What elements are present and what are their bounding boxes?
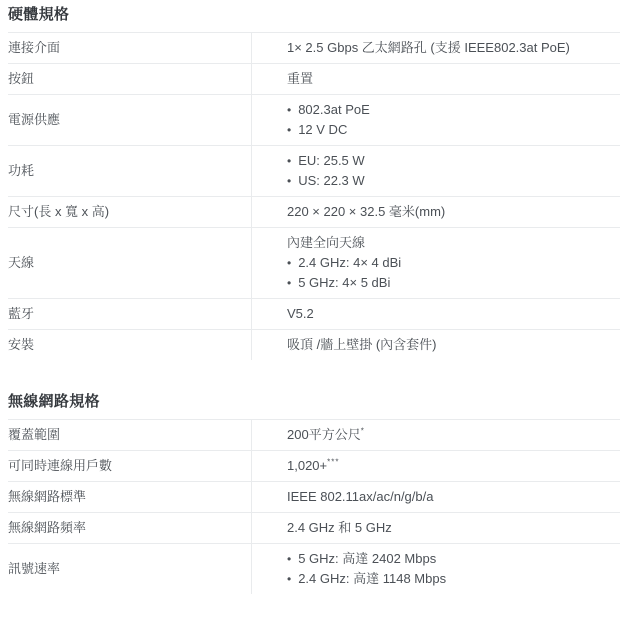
spec-value-line: 200平方公尺*: [287, 425, 612, 445]
spec-value-line: 1× 2.5 Gbps 乙太網路孔 (支援 IEEE802.3at PoE): [287, 38, 612, 58]
spec-value: V5.2: [252, 299, 620, 329]
spec-table: 連接介面1× 2.5 Gbps 乙太網路孔 (支援 IEEE802.3at Po…: [8, 32, 620, 360]
spec-value-text: 內建全向天線: [287, 235, 365, 250]
bullet-icon: •: [287, 171, 291, 191]
spec-value-text: 吸頂 /牆上壁掛 (內含套件): [287, 337, 437, 352]
spec-row: 可同時連線用戶數1,020+***: [8, 450, 620, 481]
spec-value-text: 1× 2.5 Gbps 乙太網路孔 (支援 IEEE802.3at PoE): [287, 40, 570, 55]
spec-row: 無線網路頻率2.4 GHz 和 5 GHz: [8, 512, 620, 543]
spec-value-line: •12 V DC: [287, 120, 612, 140]
footnote-marker: *: [361, 427, 365, 436]
spec-value: •EU: 25.5 W•US: 22.3 W: [252, 146, 620, 196]
spec-value-line: IEEE 802.11ax/ac/n/g/b/a: [287, 487, 612, 507]
spec-value-text: 12 V DC: [298, 122, 347, 137]
spec-value-text: EU: 25.5 W: [298, 153, 364, 168]
spec-value-line: •5 GHz: 4× 5 dBi: [287, 273, 612, 293]
spec-label: 訊號速率: [8, 544, 252, 594]
spec-value-text: 1,020+: [287, 458, 327, 473]
spec-value: 200平方公尺*: [252, 420, 620, 450]
spec-value-text: 2.4 GHz: 高達 1148 Mbps: [298, 571, 446, 586]
spec-value: 1,020+***: [252, 451, 620, 481]
spec-value-text: 5 GHz: 高達 2402 Mbps: [298, 551, 436, 566]
bullet-icon: •: [287, 151, 291, 171]
spec-value: 1× 2.5 Gbps 乙太網路孔 (支援 IEEE802.3at PoE): [252, 33, 620, 63]
footnote-marker: ***: [327, 458, 339, 467]
bullet-icon: •: [287, 100, 291, 120]
spec-label: 連接介面: [8, 33, 252, 63]
spec-row: 電源供應•802.3at PoE•12 V DC: [8, 94, 620, 145]
spec-label: 可同時連線用戶數: [8, 451, 252, 481]
spec-label: 尺寸(長 x 寬 x 高): [8, 197, 252, 227]
spec-row: 安裝吸頂 /牆上壁掛 (內含套件): [8, 329, 620, 360]
spec-row: 無線網路標準IEEE 802.11ax/ac/n/g/b/a: [8, 481, 620, 512]
spec-value-line: 重置: [287, 69, 612, 89]
spec-label: 藍牙: [8, 299, 252, 329]
spec-value: 吸頂 /牆上壁掛 (內含套件): [252, 330, 620, 360]
spec-label: 覆蓋範圍: [8, 420, 252, 450]
spec-page: 硬體規格連接介面1× 2.5 Gbps 乙太網路孔 (支援 IEEE802.3a…: [0, 0, 620, 594]
spec-value-text: 2.4 GHz: 4× 4 dBi: [298, 255, 401, 270]
spec-row: 功耗•EU: 25.5 W•US: 22.3 W: [8, 145, 620, 196]
spec-label: 電源供應: [8, 95, 252, 145]
spec-row: 按鈕重置: [8, 63, 620, 94]
spec-value: 2.4 GHz 和 5 GHz: [252, 513, 620, 543]
spec-value-line: •2.4 GHz: 高達 1148 Mbps: [287, 569, 612, 589]
spec-value: 內建全向天線•2.4 GHz: 4× 4 dBi•5 GHz: 4× 5 dBi: [252, 228, 620, 298]
bullet-icon: •: [287, 253, 291, 273]
spec-label: 按鈕: [8, 64, 252, 94]
spec-value: 重置: [252, 64, 620, 94]
spec-value-text: IEEE 802.11ax/ac/n/g/b/a: [287, 489, 433, 504]
spec-row: 天線內建全向天線•2.4 GHz: 4× 4 dBi•5 GHz: 4× 5 d…: [8, 227, 620, 298]
bullet-icon: •: [287, 569, 291, 589]
spec-value: •802.3at PoE•12 V DC: [252, 95, 620, 145]
spec-label: 無線網路標準: [8, 482, 252, 512]
spec-row: 尺寸(長 x 寬 x 高)220 × 220 × 32.5 毫米(mm): [8, 196, 620, 227]
spec-row: 連接介面1× 2.5 Gbps 乙太網路孔 (支援 IEEE802.3at Po…: [8, 32, 620, 63]
spec-value-line: •US: 22.3 W: [287, 171, 612, 191]
spec-row: 藍牙V5.2: [8, 298, 620, 329]
spec-value-line: 220 × 220 × 32.5 毫米(mm): [287, 202, 612, 222]
spec-value-line: 內建全向天線: [287, 233, 612, 253]
spec-label: 天線: [8, 228, 252, 298]
spec-value-text: 220 × 220 × 32.5 毫米(mm): [287, 204, 445, 219]
spec-value: •5 GHz: 高達 2402 Mbps•2.4 GHz: 高達 1148 Mb…: [252, 544, 620, 594]
spec-value-line: 1,020+***: [287, 456, 612, 476]
spec-value-line: •EU: 25.5 W: [287, 151, 612, 171]
spec-value-text: 200平方公尺: [287, 427, 361, 442]
spec-value-text: 重置: [287, 71, 313, 86]
spec-section: 無線網路規格覆蓋範圍200平方公尺*可同時連線用戶數1,020+***無線網路標…: [8, 393, 620, 594]
spec-value-text: US: 22.3 W: [298, 173, 364, 188]
spec-value: IEEE 802.11ax/ac/n/g/b/a: [252, 482, 620, 512]
spec-value-text: 2.4 GHz 和 5 GHz: [287, 520, 392, 535]
bullet-icon: •: [287, 120, 291, 140]
section-title: 硬體規格: [8, 6, 620, 24]
spec-value-text: 5 GHz: 4× 5 dBi: [298, 275, 390, 290]
spec-value-line: •2.4 GHz: 4× 4 dBi: [287, 253, 612, 273]
spec-label: 安裝: [8, 330, 252, 360]
spec-value-text: V5.2: [287, 306, 314, 321]
spec-label: 功耗: [8, 146, 252, 196]
spec-label: 無線網路頻率: [8, 513, 252, 543]
spec-row: 訊號速率•5 GHz: 高達 2402 Mbps•2.4 GHz: 高達 114…: [8, 543, 620, 594]
spec-value-line: 2.4 GHz 和 5 GHz: [287, 518, 612, 538]
spec-value-line: •802.3at PoE: [287, 100, 612, 120]
spec-value-line: V5.2: [287, 304, 612, 324]
spec-table: 覆蓋範圍200平方公尺*可同時連線用戶數1,020+***無線網路標準IEEE …: [8, 419, 620, 594]
spec-value-line: •5 GHz: 高達 2402 Mbps: [287, 549, 612, 569]
spec-section: 硬體規格連接介面1× 2.5 Gbps 乙太網路孔 (支援 IEEE802.3a…: [8, 6, 620, 360]
spec-value-line: 吸頂 /牆上壁掛 (內含套件): [287, 335, 612, 355]
spec-value: 220 × 220 × 32.5 毫米(mm): [252, 197, 620, 227]
spec-row: 覆蓋範圍200平方公尺*: [8, 419, 620, 450]
spec-sections-container: 硬體規格連接介面1× 2.5 Gbps 乙太網路孔 (支援 IEEE802.3a…: [8, 6, 620, 594]
bullet-icon: •: [287, 273, 291, 293]
spec-value-text: 802.3at PoE: [298, 102, 370, 117]
section-title: 無線網路規格: [8, 393, 620, 411]
bullet-icon: •: [287, 549, 291, 569]
